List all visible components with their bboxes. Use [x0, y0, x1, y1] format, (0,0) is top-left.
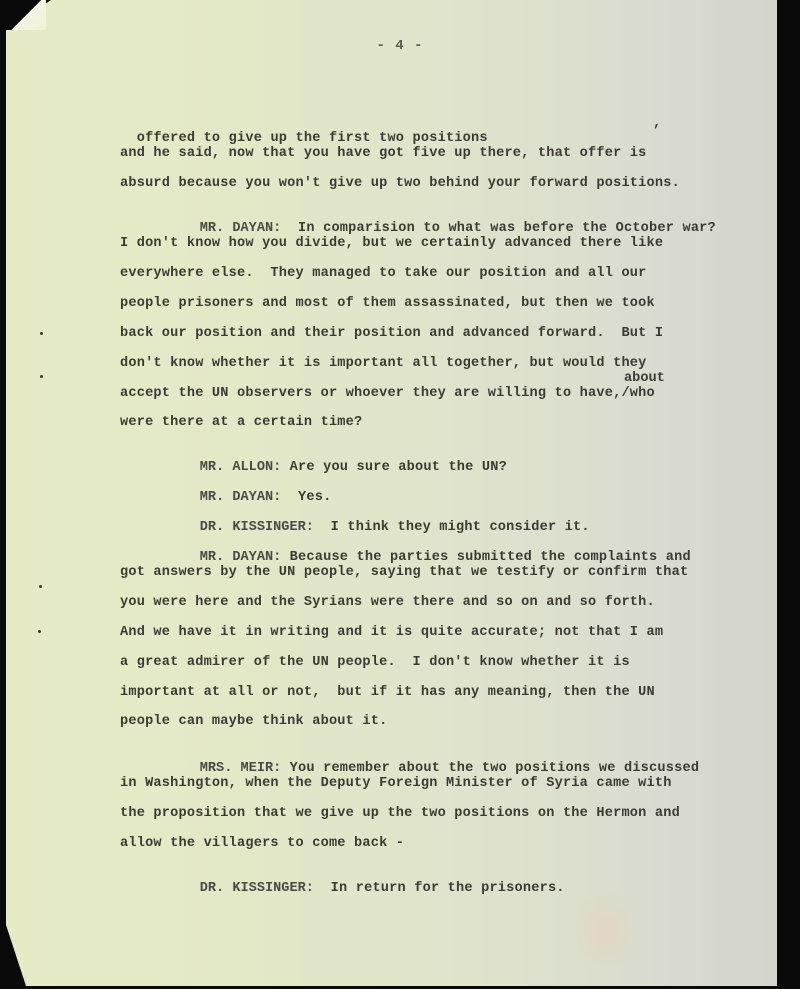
margin-speck: [38, 630, 41, 633]
speaker-name: MRS. MEIR:: [200, 761, 282, 776]
line-text: I think they might consider it.: [331, 520, 590, 535]
speaker-paragraph: MRS. MEIR: You remember about the two po…: [183, 746, 699, 776]
text-line: a great admirer of the UN people. I don'…: [120, 655, 630, 670]
line-text: In comparision to what was before the Oc…: [298, 221, 716, 236]
text-line: I don't know how you divide, but we cert…: [120, 236, 663, 251]
speaker-name: MR. DAYAN:: [200, 550, 282, 565]
line-text: In return for the prisoners.: [331, 881, 565, 896]
text-line: accept the UN observers or whoever they …: [120, 386, 655, 401]
speaker-paragraph: MR. DAYAN: Yes.: [183, 475, 331, 505]
line-text: Yes.: [298, 490, 331, 505]
line-text: Are you sure about the UN?: [290, 460, 507, 475]
folded-corner: [6, 0, 46, 30]
speaker-paragraph: DR. KISSINGER: In return for the prisone…: [183, 866, 565, 896]
margin-speck: [40, 375, 43, 378]
line-text: offered to give up the first two positio…: [137, 131, 488, 146]
text-line: in Washington, when the Deputy Foreign M…: [120, 776, 672, 791]
speaker-paragraph: MR. DAYAN: Because the parties submitted…: [183, 535, 691, 565]
speaker-paragraph: DR. KISSINGER: I think they might consid…: [183, 505, 590, 535]
interlinear-insertion: about: [624, 371, 665, 386]
margin-speck: [40, 332, 43, 335]
text-line: the proposition that we give up the two …: [120, 806, 680, 821]
text-line: don't know whether it is important all t…: [120, 356, 647, 371]
speaker-name: DR. KISSINGER:: [200, 881, 314, 896]
paper-stain: [570, 890, 640, 970]
text-line: everywhere else. They managed to take ou…: [120, 266, 647, 281]
line-text: Because the parties submitted the compla…: [290, 550, 691, 565]
text-line: back our position and their position and…: [120, 326, 663, 341]
speaker-name: MR. ALLON:: [200, 460, 282, 475]
text-line: allow the villagers to come back -: [120, 836, 404, 851]
speaker-name: MR. DAYAN:: [200, 490, 282, 505]
text-line: And we have it in writing and it is quit…: [120, 625, 663, 640]
stray-comma: ,: [653, 116, 661, 131]
text-line: absurd because you won't give up two beh…: [120, 176, 680, 191]
speaker-name: DR. KISSINGER:: [200, 520, 314, 535]
text-line: were there at a certain time?: [120, 415, 362, 430]
speaker-name: MR. DAYAN:: [200, 221, 282, 236]
margin-speck: [39, 585, 42, 588]
speaker-paragraph: MR. DAYAN: In comparision to what was be…: [183, 206, 716, 236]
speaker-paragraph: MR. ALLON: Are you sure about the UN?: [183, 445, 507, 475]
text-line: got answers by the UN people, saying tha…: [120, 565, 688, 580]
text-line: offered to give up the first two positio…: [120, 116, 488, 146]
text-line: people can maybe think about it.: [120, 714, 387, 729]
text-line: people prisoners and most of them assass…: [120, 296, 655, 311]
text-line: you were here and the Syrians were there…: [120, 595, 655, 610]
line-text: You remember about the two positions we …: [290, 761, 700, 776]
text-line: and he said, now that you have got five …: [120, 146, 647, 161]
page-number: - 4 -: [0, 38, 800, 54]
text-line: important at all or not, but if it has a…: [120, 685, 655, 700]
